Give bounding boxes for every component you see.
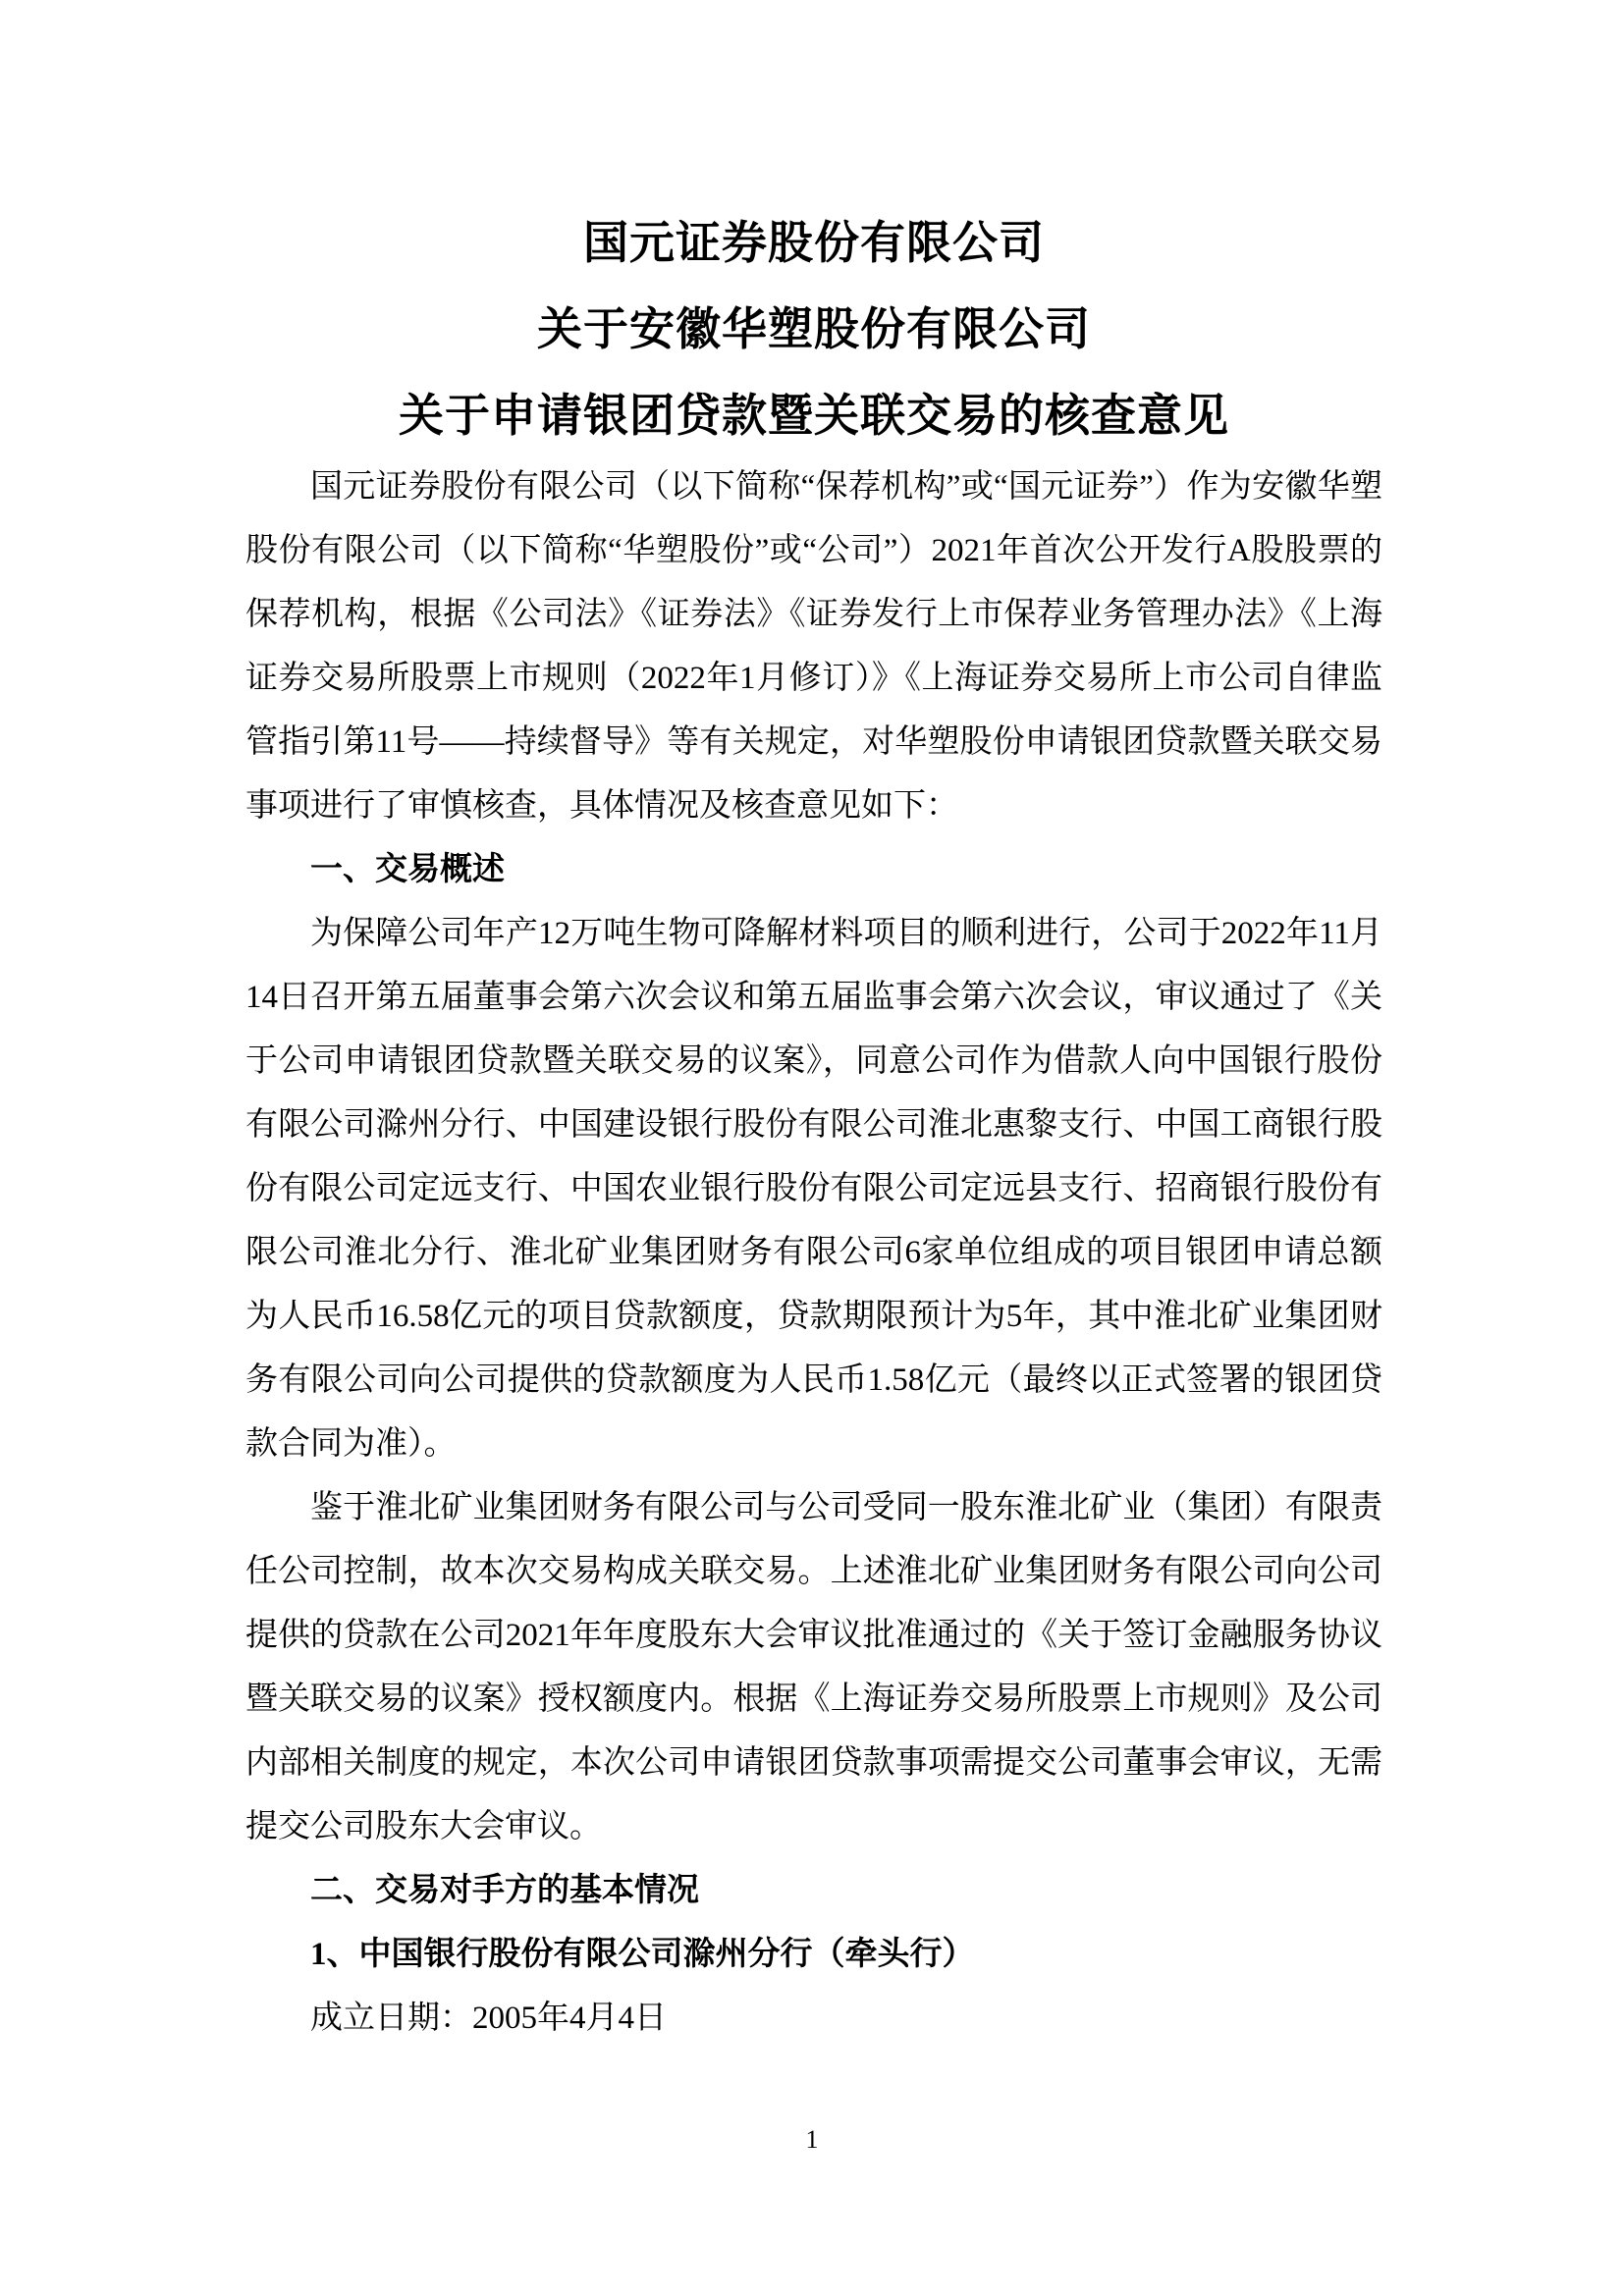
counterparty-subheading: 1、中国银行股份有限公司滁州分行（牵头行） — [245, 1923, 1382, 1987]
page-number: 1 — [806, 2125, 819, 2154]
document-title: 国元证券股份有限公司 关于安徽华塑股份有限公司 关于申请银团贷款暨关联交易的核查… — [245, 199, 1382, 458]
related-transaction-paragraph: 鉴于淮北矿业集团财务有限公司与公司受同一股东淮北矿业（集团）有限责任公司控制，故… — [245, 1476, 1382, 1859]
title-line-1: 国元证券股份有限公司 — [245, 199, 1382, 286]
document-body: 国元证券股份有限公司（以下简称“保荐机构”或“国元证券”）作为安徽华塑股份有限公… — [245, 455, 1382, 2051]
transaction-overview-paragraph: 为保障公司年产12万吨生物可降解材料项目的顺利进行，公司于2022年11月14日… — [245, 902, 1382, 1476]
title-line-3: 关于申请银团贷款暨关联交易的核查意见 — [245, 372, 1382, 458]
intro-paragraph: 国元证券股份有限公司（以下简称“保荐机构”或“国元证券”）作为安徽华塑股份有限公… — [245, 455, 1382, 838]
document-page: 国元证券股份有限公司 关于安徽华塑股份有限公司 关于申请银团贷款暨关联交易的核查… — [0, 0, 1624, 2296]
section-heading-1: 一、交易概述 — [245, 838, 1382, 902]
title-line-2: 关于安徽华塑股份有限公司 — [245, 286, 1382, 372]
establish-date-line: 成立日期：2005年4月4日 — [245, 1987, 1382, 2051]
section-heading-2: 二、交易对手方的基本情况 — [245, 1859, 1382, 1923]
page-footer: 1 — [0, 2120, 1624, 2160]
